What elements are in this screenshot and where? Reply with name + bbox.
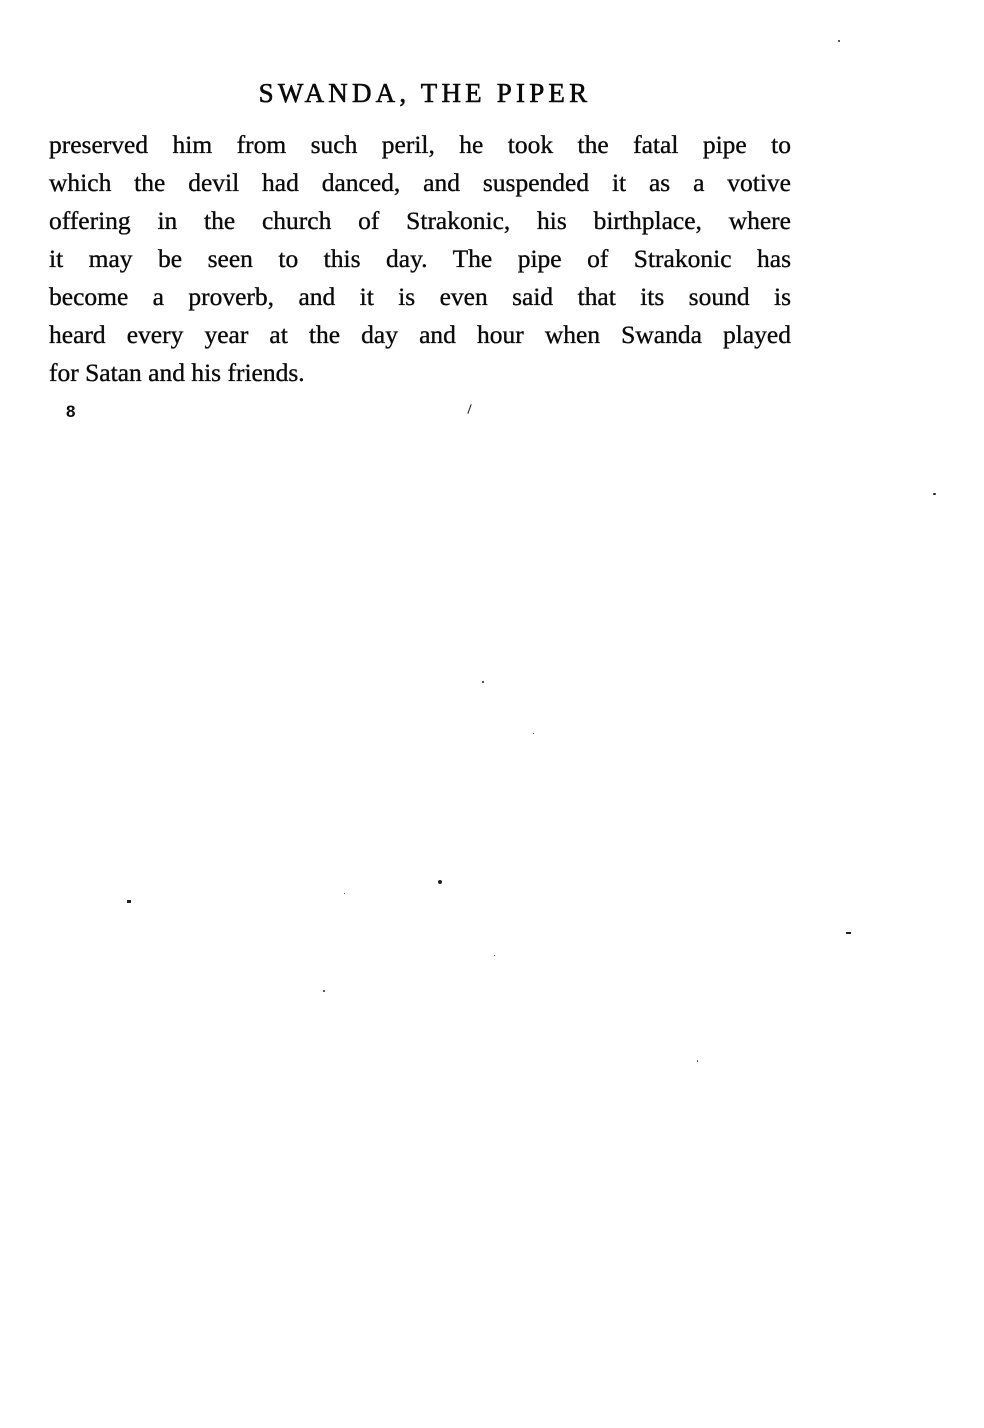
text-line: heard every year at the day and hour whe… [49,316,791,354]
body-paragraph: preserved him from such peril, he took t… [49,126,791,392]
scan-speck [846,932,851,934]
running-head: SWANDA, THE PIPER [0,78,850,109]
text-line: become a proverb, and it is even said th… [49,278,791,316]
scan-speck [482,681,484,683]
scan-speck [438,880,442,884]
scan-speck [533,733,534,734]
text-line: preserved him from such peril, he took t… [49,126,791,164]
text-line: for Satan and his friends. [49,354,791,392]
scan-speck [323,990,325,992]
scan-speck [344,893,345,894]
scan-speck [494,955,495,956]
scan-speck [697,1060,698,1062]
scan-speck [467,404,471,414]
scan-speck [127,900,131,903]
document-page: SWANDA, THE PIPER preserved him from suc… [0,0,984,1428]
page-number: 8 [66,402,75,422]
text-line: offering in the church of Strakonic, his… [49,202,791,240]
scan-speck [838,40,840,42]
text-line: it may be seen to this day. The pipe of … [49,240,791,278]
scan-speck [933,493,936,495]
text-line: which the devil had danced, and suspende… [49,164,791,202]
